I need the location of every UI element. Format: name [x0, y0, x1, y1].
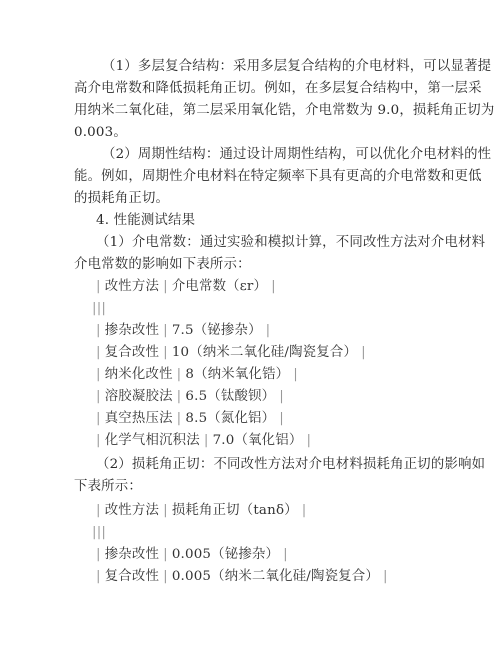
paragraph-line: 0.003。 [74, 122, 127, 144]
table-row: |复合改性|0.005（纳米二氧化硅/陶瓷复合）| [92, 566, 392, 588]
paragraph-line: （2）周期性结构：通过设计周期性结构，可以优化介电材料的性 [102, 144, 491, 166]
table-row: |溶胶凝胶法|6.5（钛酸钡）| [92, 386, 288, 408]
table1-separator: ||| [92, 298, 106, 320]
paragraph-line: 用纳米二氧化硅，第二层采用氧化锆，介电常数为 9.0，损耗角正切为 [74, 100, 494, 122]
paragraph-line: 介电常数的影响如下表所示： [74, 254, 251, 276]
table-row: |纳米化改性|8（纳米氧化锆）| [92, 364, 302, 386]
table2-separator: ||| [92, 522, 106, 544]
table-row: |真空热压法|8.5（氮化铝）| [92, 408, 288, 430]
paragraph-line: 能。例如，周期性介电材料在特定频率下具有更高的介电常数和更低 [74, 166, 482, 188]
paragraph-line: （1）介电常数：通过实验和模拟计算，不同改性方法对介电材料 [96, 232, 485, 254]
table-row: |掺杂改性|0.005（铋掺杂）| [92, 544, 292, 566]
table-row: |掺杂改性|7.5（铋掺杂）| [92, 320, 274, 342]
paragraph-line: （2）损耗角正切：不同改性方法对介电材料损耗角正切的影响如 [96, 454, 485, 476]
table-row: |化学气相沉积法|7.0（氧化铝）| [92, 430, 315, 452]
table2-header: |改性方法|损耗角正切（tanδ）| [92, 500, 311, 522]
paragraph-line: （1）多层复合结构：采用多层复合结构的介电材料，可以显著提 [102, 56, 491, 78]
paragraph-line: 高介电常数和降低损耗角正切。例如，在多层复合结构中，第一层采 [74, 78, 482, 100]
paragraph-line: 的损耗角正切。 [74, 188, 169, 210]
section-heading: 4. 性能测试结果 [96, 210, 195, 232]
paragraph-line: 下表所示： [74, 476, 142, 498]
table-row: |复合改性|10（纳米二氧化硅/陶瓷复合）| [92, 342, 370, 364]
table1-header: |改性方法|介电常数（εr）| [92, 276, 280, 298]
